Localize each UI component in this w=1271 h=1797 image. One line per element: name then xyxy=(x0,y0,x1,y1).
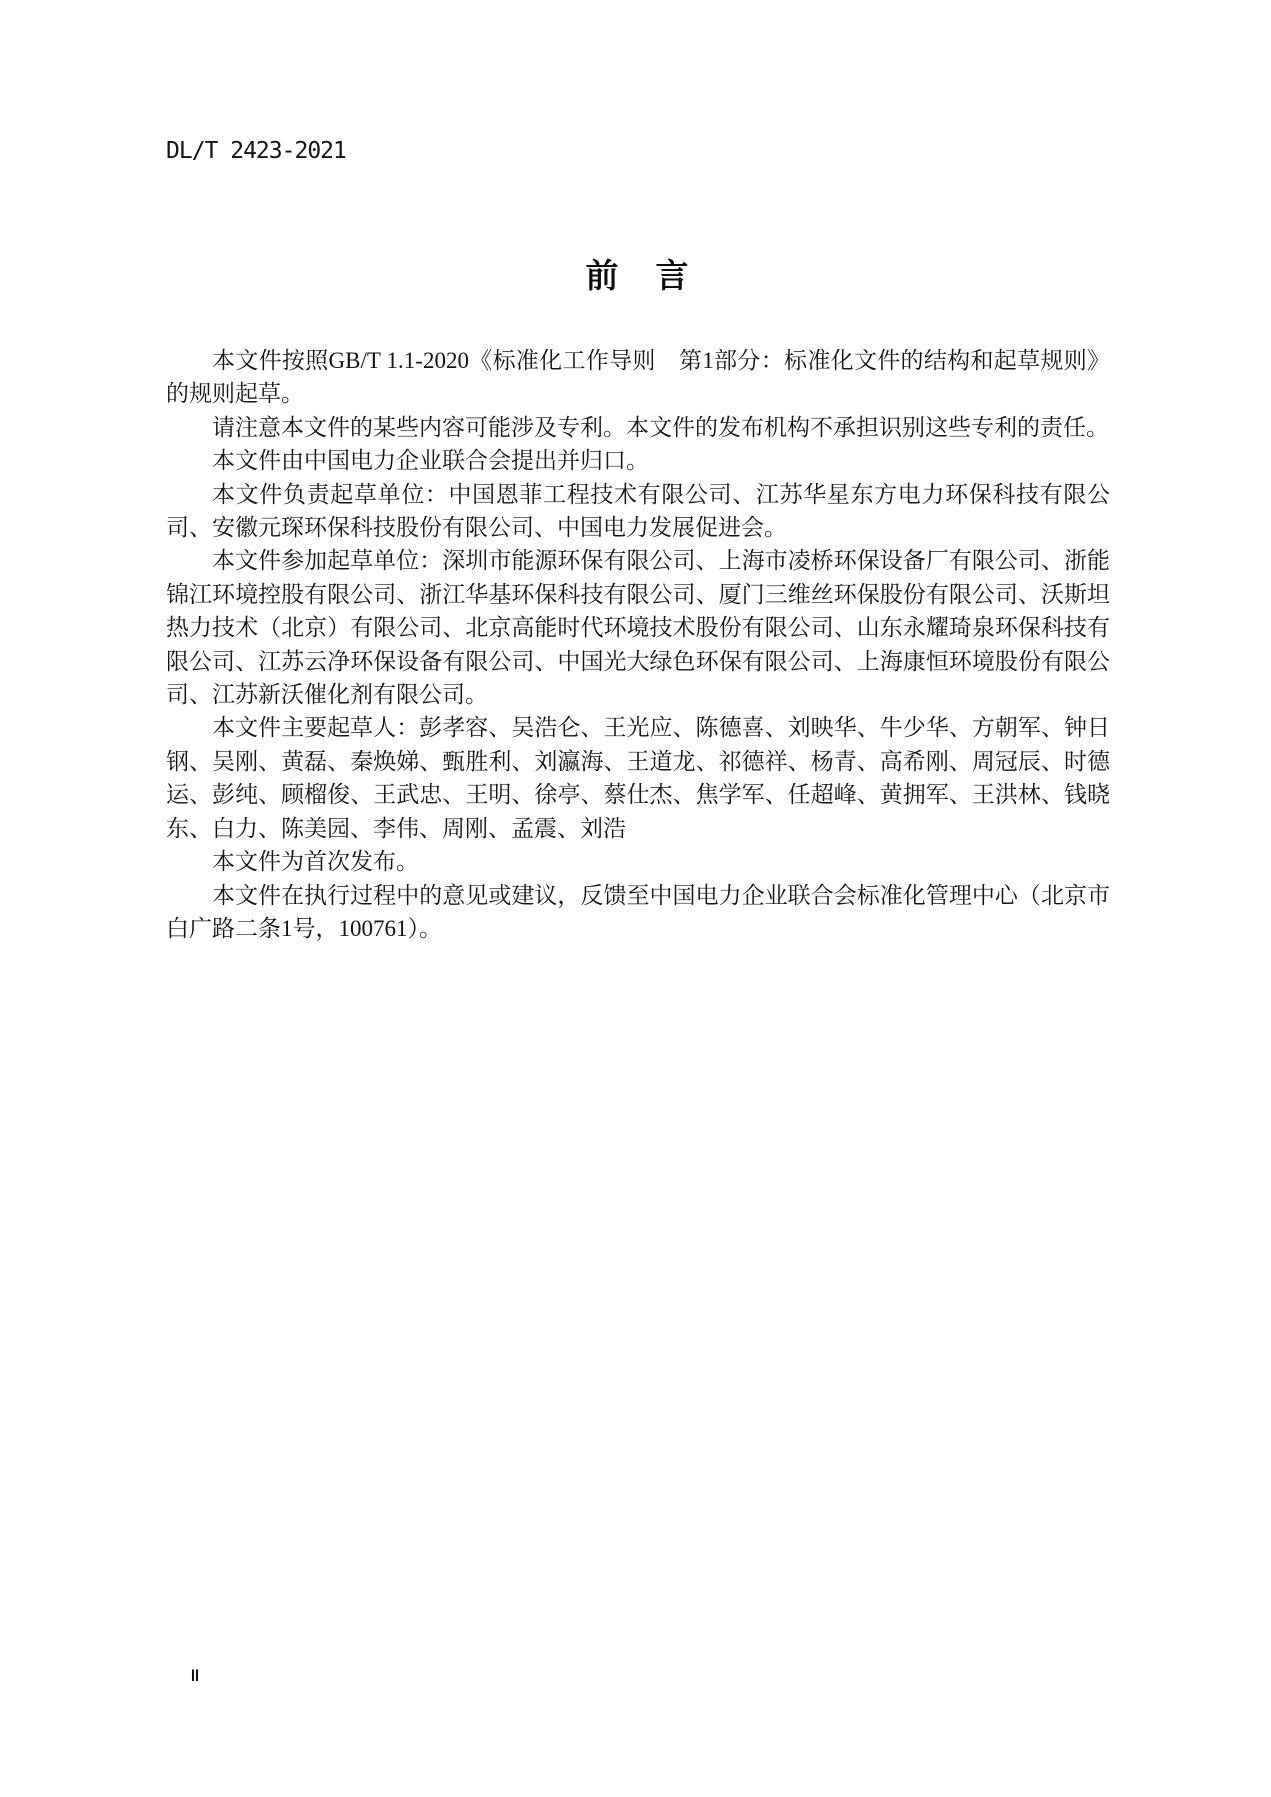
paragraph-main-drafters: 本文件主要起草人：彭孝容、吴浩仑、王光应、陈德喜、刘映华、牛少华、方朝军、钟日钢… xyxy=(166,711,1110,845)
paragraph-lead-drafting-units: 本文件负责起草单位：中国恩菲工程技术有限公司、江苏华星东方电力环保科技有限公司、… xyxy=(166,478,1110,545)
foreword-body: 本文件按照GB/T 1.1-2020《标准化工作导则 第1部分：标准化文件的结构… xyxy=(166,344,1110,945)
paragraph-drafting-rules: 本文件按照GB/T 1.1-2020《标准化工作导则 第1部分：标准化文件的结构… xyxy=(166,344,1110,411)
document-page: DL/T 2423-2021 前 言 本文件按照GB/T 1.1-2020《标准… xyxy=(0,0,1271,1797)
paragraph-feedback-address: 本文件在执行过程中的意见或建议，反馈至中国电力企业联合会标准化管理中心（北京市白… xyxy=(166,879,1110,946)
paragraph-first-release: 本文件为首次发布。 xyxy=(166,845,1110,878)
paragraph-proposing-body: 本文件由中国电力企业联合会提出并归口。 xyxy=(166,444,1110,477)
paragraph-participating-units: 本文件参加起草单位：深圳市能源环保有限公司、上海市凌桥环保设备厂有限公司、浙能锦… xyxy=(166,544,1110,711)
page-number: II xyxy=(191,1666,199,1686)
page-title: 前 言 xyxy=(166,256,1110,296)
paragraph-patent-notice: 请注意本文件的某些内容可能涉及专利。本文件的发布机构不承担识别这些专利的责任。 xyxy=(166,411,1110,444)
standard-number: DL/T 2423-2021 xyxy=(166,138,346,164)
